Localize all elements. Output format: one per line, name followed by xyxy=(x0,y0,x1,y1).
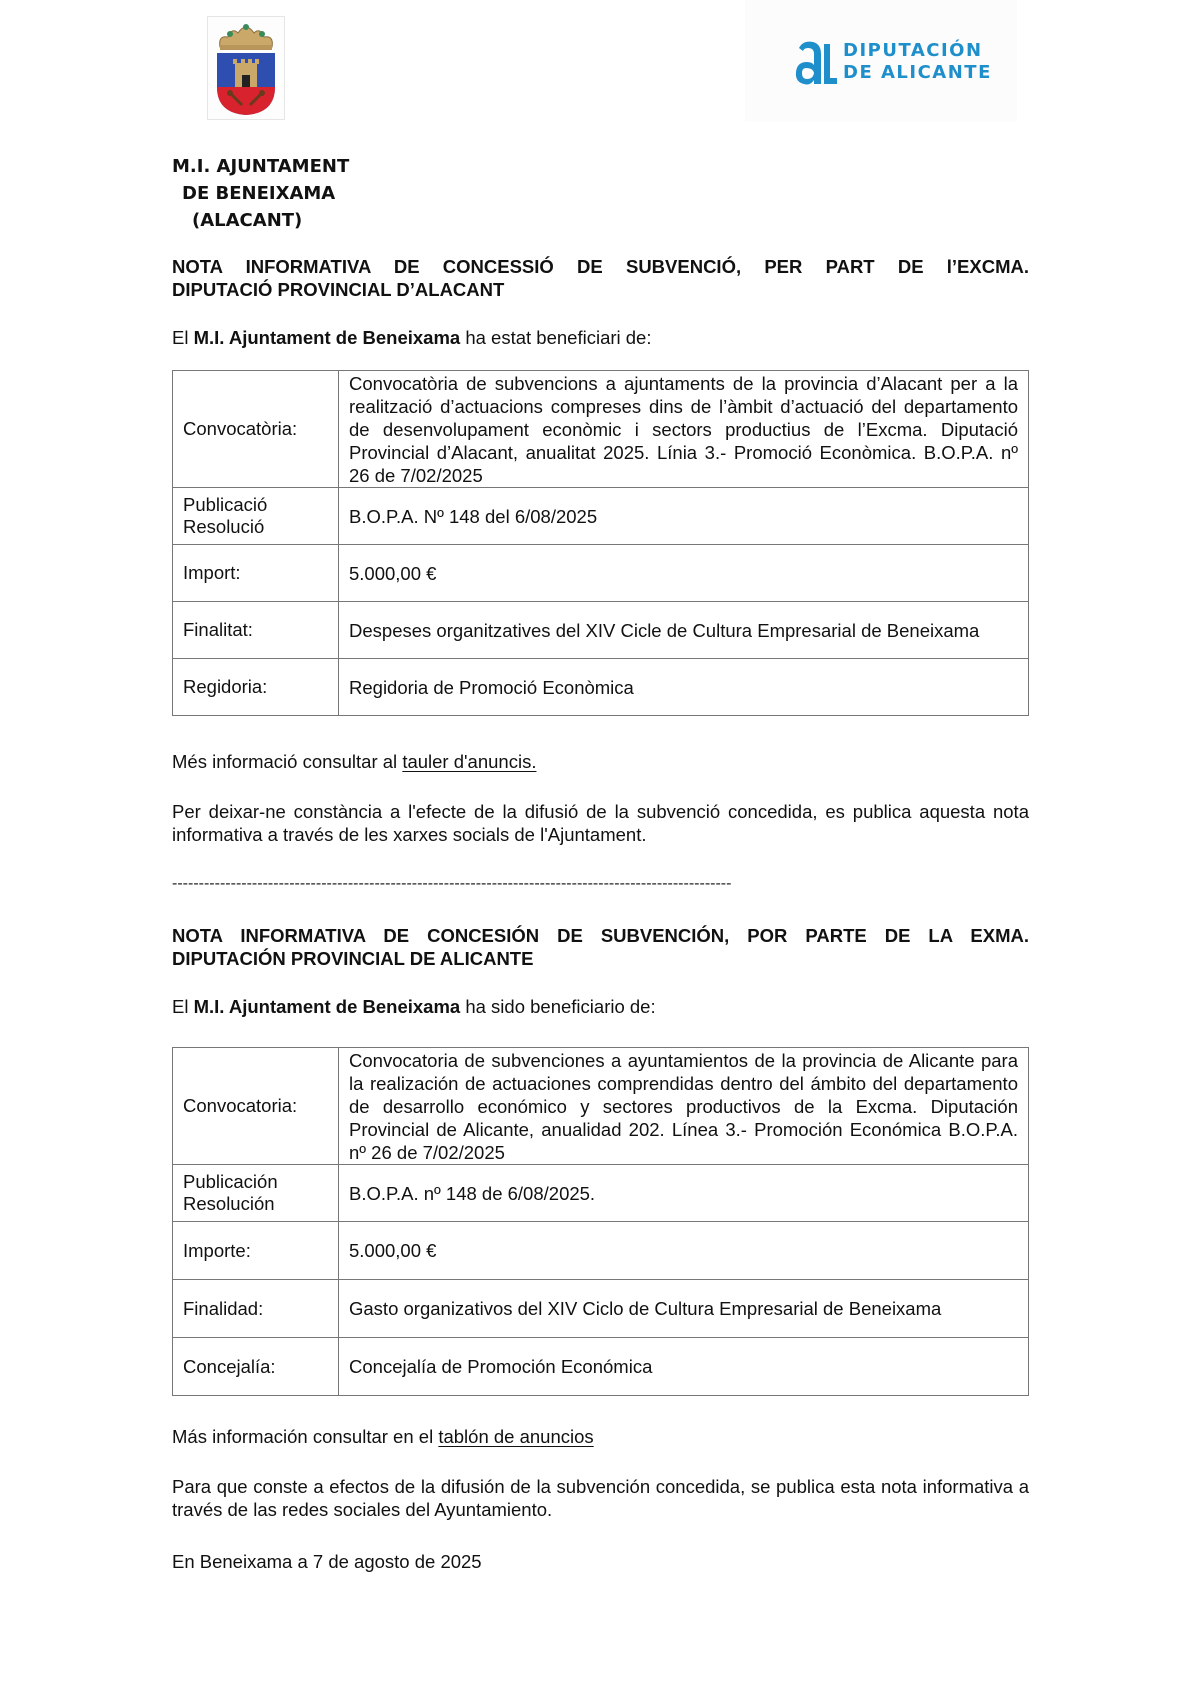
row-label: Regidoria: xyxy=(173,659,339,716)
row-label: Convocatòria: xyxy=(173,371,339,488)
row-value: Despeses organitzatives del XIV Cicle de… xyxy=(339,602,1029,659)
row-value: Gasto organizativos del XIV Ciclo de Cul… xyxy=(339,1280,1029,1338)
organization-header: M.I. AJUNTAMENT DE BENEIXAMA (ALACANT) xyxy=(172,153,349,234)
heading-line-1: NOTA INFORMATIVA DE CONCESSIÓ DE SUBVENC… xyxy=(172,255,1029,278)
valencian-grant-table: Convocatòria: Convocatòria de subvencion… xyxy=(172,370,1029,716)
intro-text: El xyxy=(172,327,194,348)
table-row: Importe: 5.000,00 € xyxy=(173,1222,1029,1280)
row-label: Finalidad: xyxy=(173,1280,339,1338)
table-row: Convocatòria: Convocatòria de subvencion… xyxy=(173,371,1029,488)
table-row: Concejalía: Concejalía de Promoción Econ… xyxy=(173,1338,1029,1396)
spanish-grant-table: Convocatoria: Convocatoria de subvencion… xyxy=(172,1047,1029,1396)
table-row: Finalidad: Gasto organizativos del XIV C… xyxy=(173,1280,1029,1338)
table-row: Finalitat: Despeses organitzatives del X… xyxy=(173,602,1029,659)
heading-line-1: NOTA INFORMATIVA DE CONCESIÓN DE SUBVENC… xyxy=(172,924,1029,947)
more-info-text: Más información consultar en el xyxy=(172,1426,438,1447)
row-label: Convocatoria: xyxy=(173,1048,339,1165)
intro-bold: M.I. Ajuntament de Beneixama xyxy=(194,327,461,348)
row-value: Regidoria de Promoció Econòmica xyxy=(339,659,1029,716)
section-separator: ----------------------------------------… xyxy=(172,875,731,893)
row-label: Importe: xyxy=(173,1222,339,1280)
table-row: Publicación Resolución B.O.P.A. nº 148 d… xyxy=(173,1165,1029,1222)
spanish-intro: El M.I. Ajuntament de Beneixama ha sido … xyxy=(172,995,1029,1018)
signature-date: En Beneixama a 7 de agosto de 2025 xyxy=(172,1550,1029,1573)
spanish-heading: NOTA INFORMATIVA DE CONCESIÓN DE SUBVENC… xyxy=(172,924,1029,970)
valencian-closing: Per deixar-ne constància a l'efecte de l… xyxy=(172,800,1029,846)
valencian-heading: NOTA INFORMATIVA DE CONCESSIÓ DE SUBVENC… xyxy=(172,255,1029,301)
row-label: Publicación Resolución xyxy=(173,1165,339,1222)
org-line-1: M.I. AJUNTAMENT xyxy=(172,153,349,180)
valencian-intro: El M.I. Ajuntament de Beneixama ha estat… xyxy=(172,326,1029,349)
table-row: Convocatoria: Convocatoria de subvencion… xyxy=(173,1048,1029,1165)
row-value: B.O.P.A. Nº 148 del 6/08/2025 xyxy=(339,488,1029,545)
row-label: Publicació Resolució xyxy=(173,488,339,545)
row-value: 5.000,00 € xyxy=(339,1222,1029,1280)
table-row: Publicació Resolució B.O.P.A. Nº 148 del… xyxy=(173,488,1029,545)
table-row: Regidoria: Regidoria de Promoció Econòmi… xyxy=(173,659,1029,716)
heading-line-2: DIPUTACIÓ PROVINCIAL D’ALACANT xyxy=(172,279,504,300)
spanish-more-info: Más información consultar en el tablón d… xyxy=(172,1425,1029,1448)
intro-text: El xyxy=(172,996,194,1017)
intro-bold: M.I. Ajuntament de Beneixama xyxy=(194,996,461,1017)
row-label: Concejalía: xyxy=(173,1338,339,1396)
diputacion-logo-text: DIPUTACIÓN DE ALICANTE xyxy=(843,40,992,84)
row-label: Finalitat: xyxy=(173,602,339,659)
beneixama-coat-of-arms xyxy=(207,16,285,120)
more-info-text: Més informació consultar al xyxy=(172,751,402,772)
tablon-anuncios-link[interactable]: tablón de anuncios xyxy=(438,1426,593,1447)
logo-line-2: DE ALICANTE xyxy=(843,62,992,84)
row-value: Concejalía de Promoción Económica xyxy=(339,1338,1029,1396)
intro-text: ha sido beneficiario de: xyxy=(460,996,655,1017)
diputacion-alicante-logo: DIPUTACIÓN DE ALICANTE xyxy=(745,0,1017,122)
spanish-closing: Para que conste a efectos de la difusión… xyxy=(172,1475,1029,1521)
row-value: Convocatoria de subvenciones a ayuntamie… xyxy=(339,1048,1029,1165)
table-row: Import: 5.000,00 € xyxy=(173,545,1029,602)
row-value: B.O.P.A. nº 148 de 6/08/2025. xyxy=(339,1165,1029,1222)
valencian-more-info: Més informació consultar al tauler d'anu… xyxy=(172,750,1029,773)
logo-line-1: DIPUTACIÓN xyxy=(843,40,992,62)
intro-text: ha estat beneficiari de: xyxy=(460,327,651,348)
row-value: 5.000,00 € xyxy=(339,545,1029,602)
org-line-2: DE BENEIXAMA xyxy=(172,180,349,207)
row-value: Convocatòria de subvencions a ajuntament… xyxy=(339,371,1029,488)
org-line-3: (ALACANT) xyxy=(172,207,349,234)
tauler-anuncis-link[interactable]: tauler d'anuncis. xyxy=(402,751,536,772)
heading-line-2: DIPUTACIÓN PROVINCIAL DE ALICANTE xyxy=(172,948,533,969)
diputacion-al-mark-icon xyxy=(795,40,837,86)
coat-of-arms-icon xyxy=(208,17,284,119)
row-label: Import: xyxy=(173,545,339,602)
